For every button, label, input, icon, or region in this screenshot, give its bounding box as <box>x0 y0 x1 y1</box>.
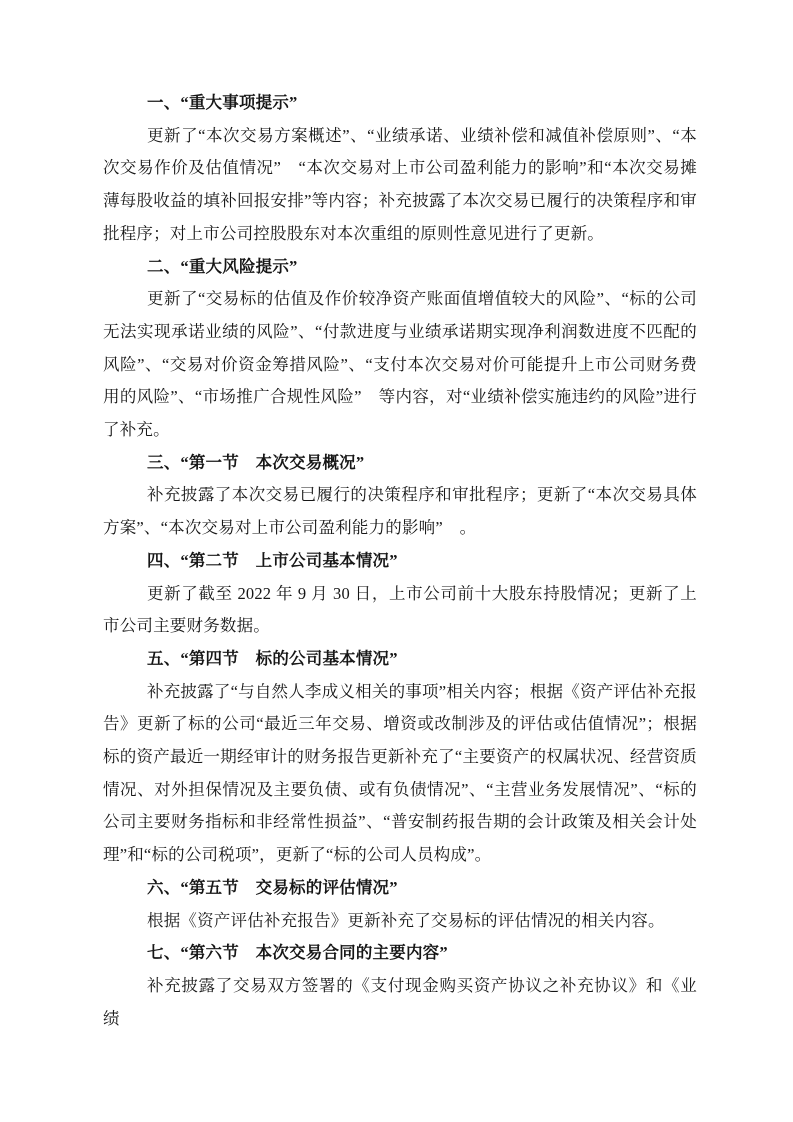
section-heading: 五、“第四节 标的公司基本情况” <box>103 643 697 676</box>
section-valuation: 六、“第五节 交易标的评估情况” 根据《资产评估补充报告》更新补充了交易标的评估… <box>103 872 697 937</box>
section-heading: 六、“第五节 交易标的评估情况” <box>103 872 697 905</box>
section-heading: 二、“重大风险提示” <box>103 251 697 284</box>
section-paragraph: 更新了“本次交易方案概述”、“业绩承诺、业绩补偿和减值补偿原则”、“本次交易作价… <box>103 120 697 251</box>
section-paragraph: 补充披露了交易双方签署的《支付现金购买资产协议之补充协议》和《业绩 <box>103 970 697 1035</box>
section-transaction-overview: 三、“第一节 本次交易概况” 补充披露了本次交易已履行的决策程序和审批程序；更新… <box>103 447 697 545</box>
section-target-company-basics: 五、“第四节 标的公司基本情况” 补充披露了“与自然人李成义相关的事项”相关内容… <box>103 643 697 872</box>
document-page: 一、“重大事项提示” 更新了“本次交易方案概述”、“业绩承诺、业绩补偿和减值补偿… <box>0 0 793 1122</box>
section-heading: 七、“第六节 本次交易合同的主要内容” <box>103 937 697 970</box>
section-paragraph: 根据《资产评估补充报告》更新补充了交易标的评估情况的相关内容。 <box>103 905 697 938</box>
section-major-risks: 二、“重大风险提示” 更新了“交易标的估值及作价较净资产账面值增值较大的风险”、… <box>103 251 697 447</box>
section-major-events: 一、“重大事项提示” 更新了“本次交易方案概述”、“业绩承诺、业绩补偿和减值补偿… <box>103 87 697 251</box>
section-paragraph: 补充披露了“与自然人李成义相关的事项”相关内容；根据《资产评估补充报告》更新了标… <box>103 676 697 872</box>
section-paragraph: 补充披露了本次交易已履行的决策程序和审批程序；更新了“本次交易具体方案”、“本次… <box>103 479 697 544</box>
document-content: 一、“重大事项提示” 更新了“本次交易方案概述”、“业绩承诺、业绩补偿和减值补偿… <box>103 87 697 1035</box>
section-paragraph: 更新了“交易标的估值及作价较净资产账面值增值较大的风险”、“标的公司无法实现承诺… <box>103 283 697 447</box>
section-listed-company-basics: 四、“第二节 上市公司基本情况” 更新了截至 2022 年 9 月 30 日，上… <box>103 545 697 643</box>
section-heading: 一、“重大事项提示” <box>103 87 697 120</box>
section-paragraph: 更新了截至 2022 年 9 月 30 日，上市公司前十大股东持股情况；更新了上… <box>103 578 697 643</box>
section-heading: 四、“第二节 上市公司基本情况” <box>103 545 697 578</box>
section-contract-main-content: 七、“第六节 本次交易合同的主要内容” 补充披露了交易双方签署的《支付现金购买资… <box>103 937 697 1035</box>
section-heading: 三、“第一节 本次交易概况” <box>103 447 697 480</box>
